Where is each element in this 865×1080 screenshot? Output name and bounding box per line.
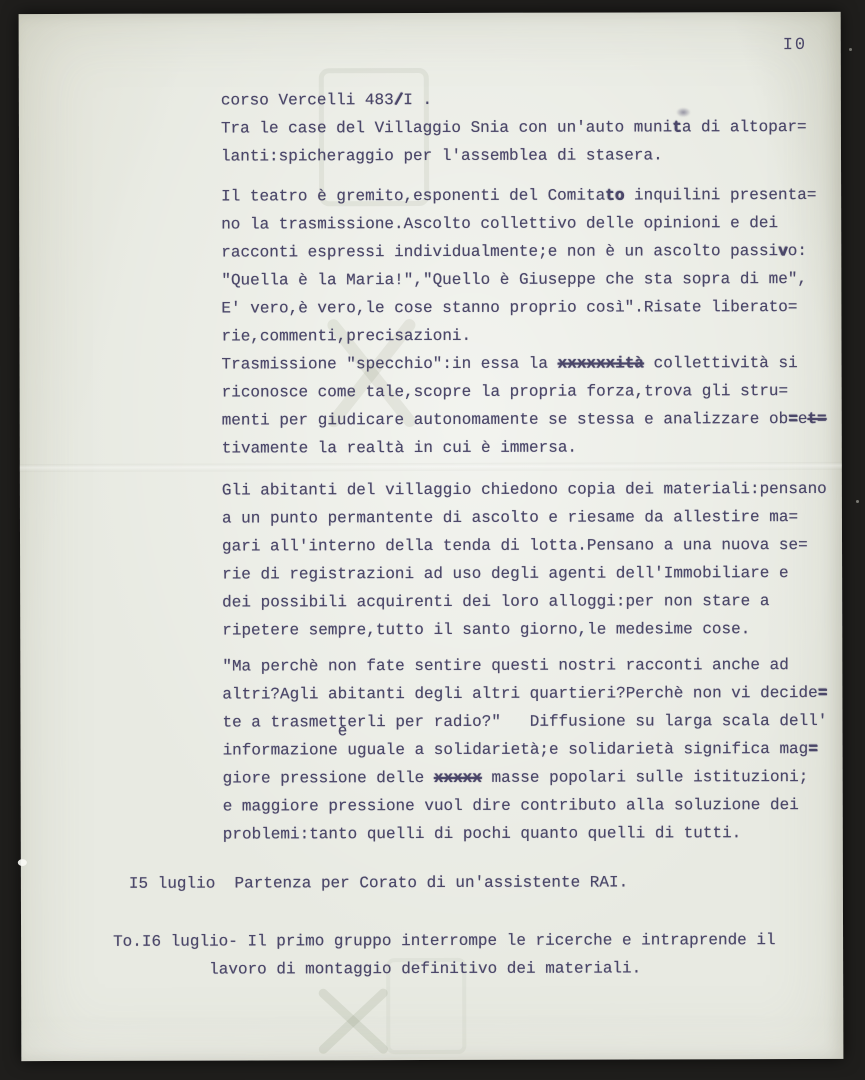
text-line: informazione uguale a solidarietà;e soli… <box>223 735 828 765</box>
document-text: corso Vercelli 483/I .Tra le case del Vi… <box>221 85 828 984</box>
scan-background: I0 corso Vercelli 483/I .Tra le case del… <box>0 0 865 1080</box>
text-line: giore pressione delle xxxxx masse popola… <box>223 763 828 793</box>
text-line: tivamente la realtà in cui è immersa. <box>222 433 827 463</box>
bleedthrough-x-mark <box>313 985 393 1057</box>
paragraph: To.I6 luglio- Il primo gruppo interrompe… <box>113 926 828 984</box>
paragraph: Gli abitanti del villaggio chiedono copi… <box>222 475 827 645</box>
text-line: no la trasmissione.Ascolto collettivo de… <box>221 209 826 239</box>
text-line: gari all'interno della tenda di lotta.Pe… <box>222 531 827 561</box>
text-line: I5 luglio Partenza per Corato di un'assi… <box>129 868 828 898</box>
text-line: corso Vercelli 483/I . <box>221 85 826 115</box>
text-line: "Quella è la Maria!","Quello è Giuseppe … <box>221 265 826 295</box>
paragraph: Il teatro è gremito,esponenti del Comita… <box>221 181 827 463</box>
text-line: dei possibili acquirenti dei loro allogg… <box>222 587 827 617</box>
text-line: te a trasmeteterli per radio?" Diffusion… <box>222 707 827 737</box>
paragraph: "Ma perchè non fate sentire questi nostr… <box>222 651 827 849</box>
text-line: Trasmissione "specchio":in essa la xxxxx… <box>222 349 827 379</box>
paper-edge-speck <box>18 859 27 866</box>
text-line: racconti espressi individualmente;e non … <box>221 237 826 267</box>
text-line: "Ma perchè non fate sentire questi nostr… <box>222 651 827 681</box>
text-line: ripetere sempre,tutto il santo giorno,le… <box>222 615 827 645</box>
text-line: riconosce come tale,scopre la propria fo… <box>222 377 827 407</box>
page-number: I0 <box>783 36 807 55</box>
text-line: lanti:spicheraggio per l'assemblea di st… <box>221 141 826 171</box>
text-line: menti per giudicare autonomamente se ste… <box>222 405 827 435</box>
text-line: rie di registrazioni ad uso degli agenti… <box>222 559 827 589</box>
text-line: e maggiore pressione vuol dire contribut… <box>223 791 828 821</box>
paragraph: I5 luglio Partenza per Corato di un'assi… <box>129 868 828 898</box>
text-line: altri?Agli abitanti degli altri quartier… <box>222 679 827 709</box>
text-line: To.I6 luglio- Il primo gruppo interrompe… <box>113 926 828 956</box>
text-line: problemi:tanto quelli di pochi quanto qu… <box>223 819 828 849</box>
text-line: Gli abitanti del villaggio chiedono copi… <box>222 475 827 505</box>
dust-speck <box>856 500 859 503</box>
paragraph: corso Vercelli 483/I .Tra le case del Vi… <box>221 85 826 171</box>
text-line: E' vero,è vero,le cose stanno proprio co… <box>221 293 826 323</box>
text-line: lavoro di montaggio definitivo dei mater… <box>113 954 828 984</box>
dust-speck <box>849 48 852 51</box>
text-line: Tra le case del Villaggio Snia con un'au… <box>221 113 826 143</box>
text-line: Il teatro è gremito,esponenti del Comita… <box>221 181 826 211</box>
text-line: a un punto permantente di ascolto e ries… <box>222 503 827 533</box>
text-line: rie,commenti,precisazioni. <box>221 321 826 351</box>
document-page: I0 corso Vercelli 483/I .Tra le case del… <box>19 12 844 1061</box>
